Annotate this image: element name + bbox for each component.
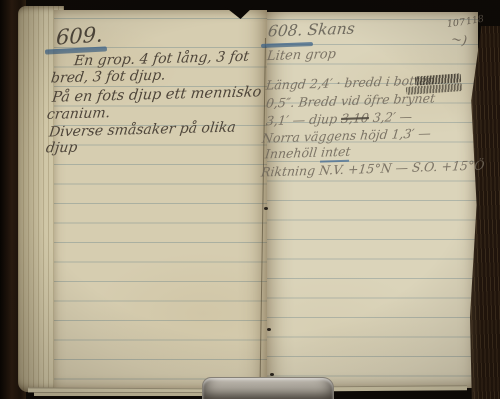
page-number-118: 118 [465, 14, 485, 27]
corner-pencil-mark: ~) [450, 33, 468, 48]
stitch-dot [270, 373, 274, 376]
stitch-dot [264, 207, 268, 210]
blue-underlined-word: intet [320, 144, 351, 163]
cloth-band [202, 377, 334, 399]
right-line-5: Innehöll intet [264, 146, 351, 161]
right-line-3-pre: 3,1′ — djup [265, 111, 342, 128]
right-page [267, 12, 478, 388]
page-number-107: 107 [447, 18, 466, 29]
right-subheading: Liten grop [266, 48, 336, 63]
left-line-4: cranium. [46, 106, 111, 122]
crossed-out-value: 3,10 [340, 110, 369, 126]
left-line-2: bred, 3 fot djup. [50, 68, 166, 85]
right-line-3-post: 3,2′ — [368, 109, 413, 125]
notebook-photo: 609. En grop. 4 fot lång, 3 fot bred, 3 … [0, 0, 500, 399]
stitch-dot [267, 328, 271, 331]
left-line-6: djup [45, 141, 78, 156]
left-entry-number: 609. [56, 24, 103, 48]
right-line-5-pre: Innehöll [264, 145, 322, 162]
right-entry-heading: 608. Skans [267, 22, 355, 40]
